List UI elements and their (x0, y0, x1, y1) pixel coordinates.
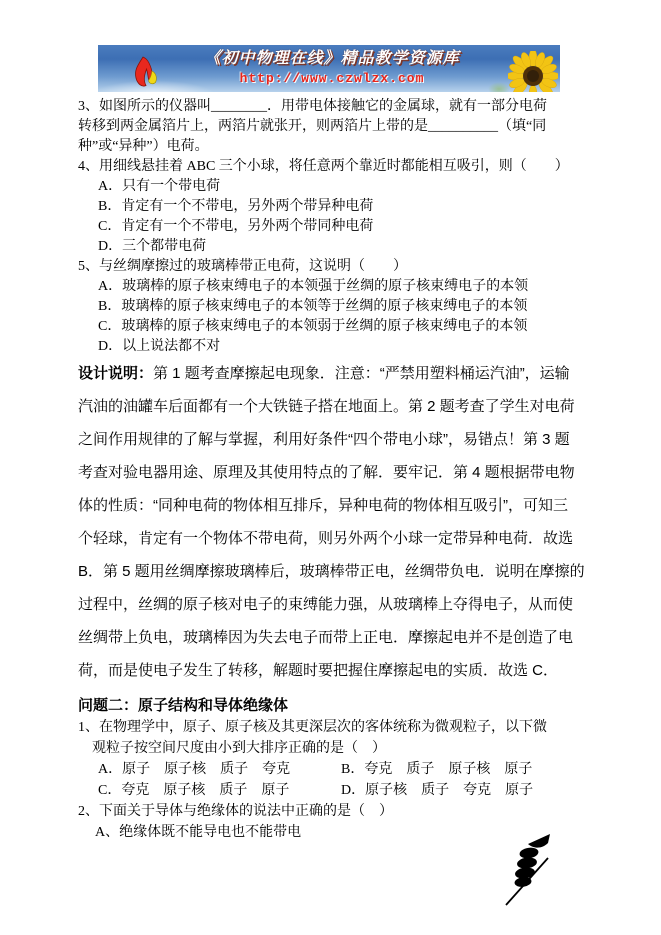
document-content: 3、如图所示的仪器叫________．用带电体接触它的金属球，就有一部分电荷 转… (78, 97, 588, 843)
question-5-option-b: B．玻璃棒的原子核束缚电子的本领等于丝绸的原子核束缚电子的本领 (78, 297, 588, 317)
question-5-stem: 5、与丝绸摩擦过的玻璃棒带正电荷，这说明（ ） (78, 257, 588, 277)
question-5-option-d: D．以上说法都不对 (78, 337, 588, 357)
design-note-line: 设计说明：第 1 题考查摩擦起电现象．注意：“严禁用塑料桶运汽油”，运输 (78, 357, 588, 390)
banner-title: 《初中物理在线》精品教学资源库 (182, 48, 482, 70)
part2-q1-option-b: B．夸克 质子 原子核 原子 (341, 759, 532, 780)
part2-q1-option-c: C．夸克 原子核 质子 原子 (98, 780, 341, 801)
part2-question-1-stem: 1、在物理学中，原子、原子核及其更深层次的客体统称为微观粒子，以下微 (78, 717, 588, 738)
question-4: 4、用细线悬挂着 ABC 三个小球，将任意两个靠近时都能相互吸引，则（ ） A．… (78, 157, 588, 257)
site-banner: 《初中物理在线》精品教学资源库 http://www.czwlzx.com (98, 45, 560, 92)
part2-q1-option-d: D．原子核 质子 夸克 原子 (341, 780, 533, 801)
part2-question-2-stem: 2、下面关于导体与绝缘体的说法中正确的是（ ） (78, 801, 588, 822)
design-note-line: 体的性质：“同种电荷的物体相互排斥，异种电荷的物体相互吸引”，可知三 (78, 489, 588, 522)
question-4-option-c: C．肯定有一个不带电，另外两个带同种电荷 (78, 217, 588, 237)
banner-url-link[interactable]: http://www.czwlzx.com (182, 70, 482, 88)
design-note-label: 设计说明： (78, 365, 153, 382)
question-5-option-c: C．玻璃棒的原子核束缚电子的本领弱于丝绸的原子核束缚电子的本领 (78, 317, 588, 337)
design-note-line: 丝绸带上负电，玻璃棒因为失去电子而带上正电．摩擦起电并不是创造了电 (78, 621, 588, 654)
question-3-line: 3、如图所示的仪器叫________．用带电体接触它的金属球，就有一部分电荷 (78, 97, 588, 117)
part2-q1-option-a: A．原子 原子核 质子 夸克 (98, 759, 341, 780)
leaf-decoration (488, 82, 510, 92)
question-4-option-d: D．三个都带电荷 (78, 237, 588, 257)
question-4-option-a: A．只有一个带电荷 (78, 177, 588, 197)
design-note-line: 过程中，丝绸的原子核对电子的束缚能力强，从玻璃棒上夺得电子，从而使 (78, 588, 588, 621)
question-5: 5、与丝绸摩擦过的玻璃棒带正电荷，这说明（ ） A．玻璃棒的原子核束缚电子的本领… (78, 257, 588, 357)
design-note-line: 考查对验电器用途、原理及其使用特点的了解．要牢记．第 4 题根据带电物 (78, 456, 588, 489)
question-3-line: 转移到两金属箔片上，两箔片就张开，则两箔片上带的是__________（填“同 (78, 117, 588, 137)
quill-pen-icon (498, 831, 560, 915)
question-3-line: 种”或“异种”）电荷。 (78, 137, 588, 157)
part2-question-1-options-row: C．夸克 原子核 质子 原子 D．原子核 质子 夸克 原子 (78, 780, 588, 801)
part2-question-1-options-row: A．原子 原子核 质子 夸克 B．夸克 质子 原子核 原子 (78, 759, 588, 780)
banner-text: 《初中物理在线》精品教学资源库 http://www.czwlzx.com (182, 48, 482, 88)
design-note-line: 个轻球，肯定有一个物体不带电荷，则另外两个小球一定带异种电荷．故选 (78, 522, 588, 555)
design-note-line: 荷，而是使电子发生了转移，解题时要把握住摩擦起电的实质．故选 C． (78, 654, 588, 687)
question-4-stem: 4、用细线悬挂着 ABC 三个小球，将任意两个靠近时都能相互吸引，则（ ） (78, 157, 588, 177)
flame-logo-icon (126, 51, 166, 91)
design-note: 设计说明：第 1 题考查摩擦起电现象．注意：“严禁用塑料桶运汽油”，运输 汽油的… (78, 357, 588, 687)
question-3: 3、如图所示的仪器叫________．用带电体接触它的金属球，就有一部分电荷 转… (78, 97, 588, 157)
design-note-line: 汽油的油罐车后面都有一个大铁链子搭在地面上。第 2 题考查了学生对电荷 (78, 390, 588, 423)
question-4-option-b: B．肯定有一个不带电，另外两个带异种电荷 (78, 197, 588, 217)
sunflower-icon (508, 51, 558, 92)
design-note-line: B．第 5 题用丝绸摩擦玻璃棒后，玻璃棒带正电，丝绸带负电．说明在摩擦的 (78, 555, 588, 588)
part2-question-1-stem: 观粒子按空间尺度由小到大排序正确的是（ ） (78, 738, 588, 759)
section-2-heading: 问题二：原子结构和导体绝缘体 (78, 695, 588, 717)
question-5-option-a: A．玻璃棒的原子核束缚电子的本领强于丝绸的原子核束缚电子的本领 (78, 277, 588, 297)
design-note-line: 之间作用规律的了解与掌握，利用好条件“四个带电小球”，易错点！第 3 题 (78, 423, 588, 456)
document-page: 《初中物理在线》精品教学资源库 http://www.czwlzx.com (0, 0, 661, 935)
part2-question-1: 1、在物理学中，原子、原子核及其更深层次的客体统称为微观粒子，以下微 观粒子按空… (78, 717, 588, 801)
